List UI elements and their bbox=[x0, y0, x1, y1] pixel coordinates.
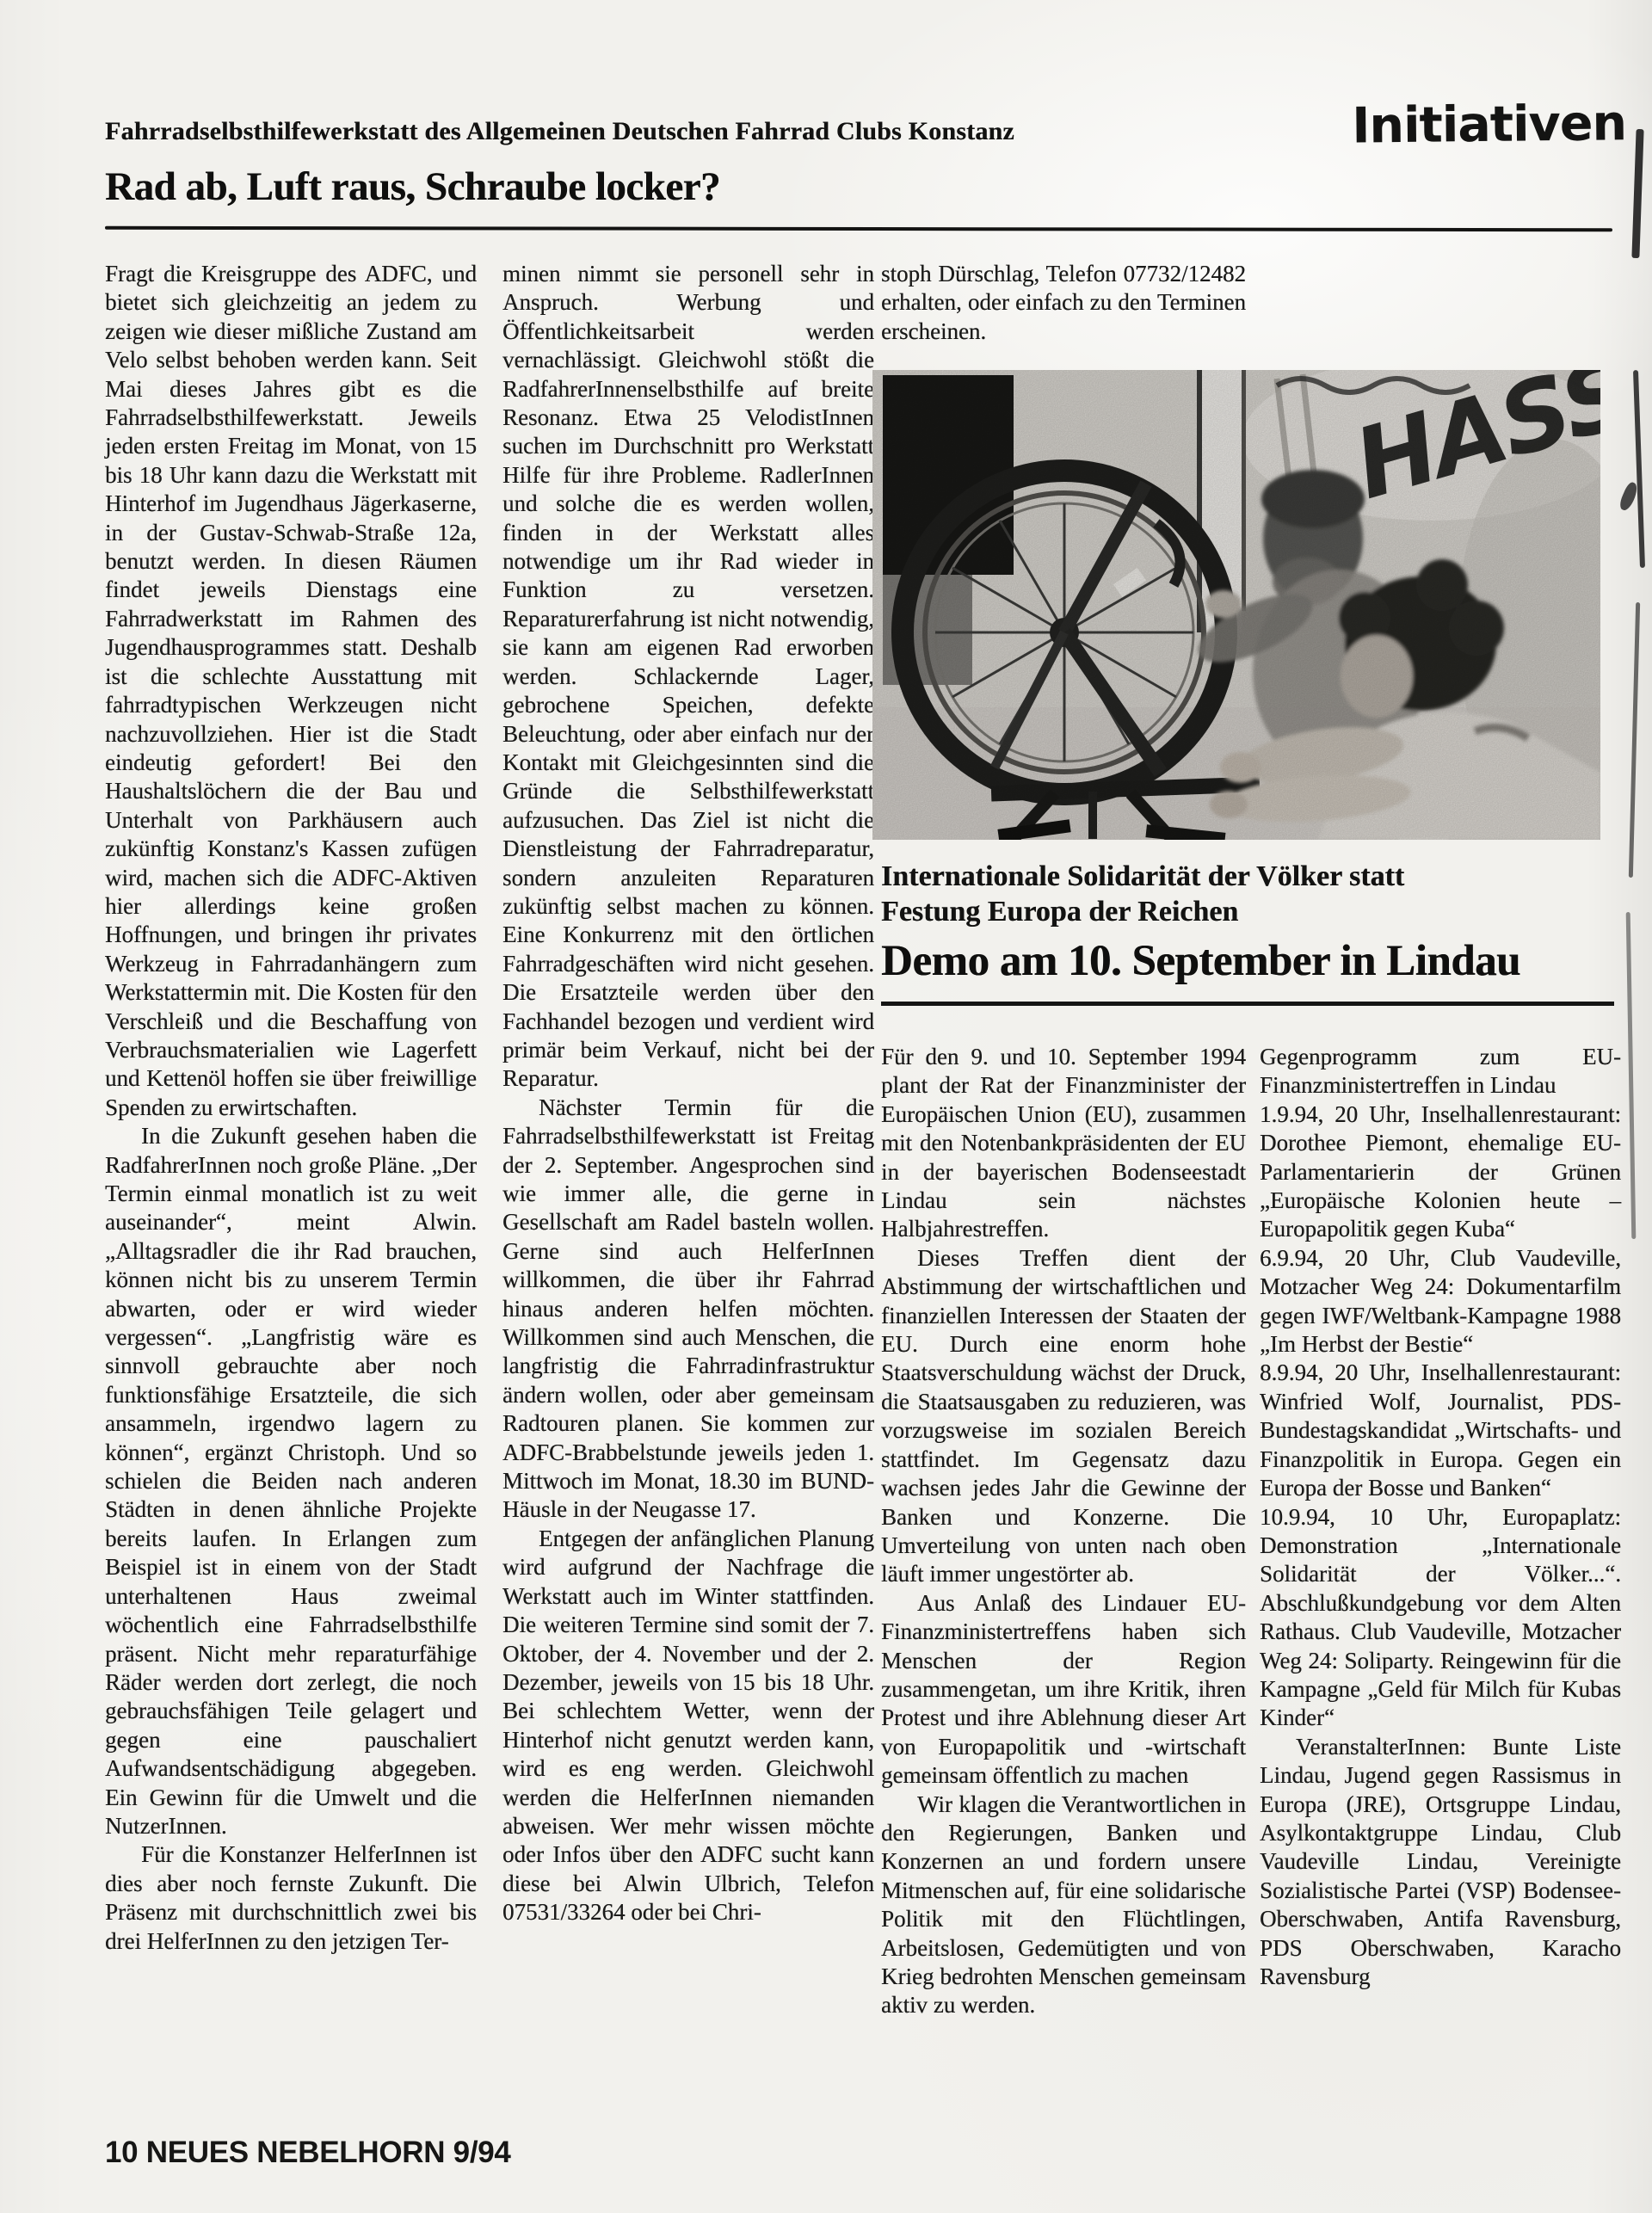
page-footer: 10 NEUES NEBELHORN 9/94 bbox=[105, 2136, 879, 2170]
scan-artifact bbox=[1633, 370, 1645, 568]
article2-column-2: Gegenprogramm zum EU-Finanzministertreff… bbox=[1260, 1043, 1621, 1991]
workshop-photo: HASS bbox=[872, 370, 1600, 840]
scan-artifact bbox=[1626, 912, 1637, 1239]
paragraph: minen nimmt sie personell sehr in Anspru… bbox=[502, 260, 874, 1094]
program-intro: Gegenprogramm zum EU-Finanzministertreff… bbox=[1260, 1043, 1621, 1100]
article2-column-1: Für den 9. und 10. September 1994 plant … bbox=[881, 1043, 1246, 2020]
article1-kicker: Fahrradselbsthilfewerkstatt des Allgemei… bbox=[105, 117, 1344, 146]
paragraph: Fragt die Kreisgruppe des ADFC, und biet… bbox=[105, 260, 477, 1122]
paragraph: In die Zukunft gesehen haben die Radfahr… bbox=[105, 1122, 477, 1840]
program-item: 1.9.94, 20 Uhr, Inselhallenrestaurant: D… bbox=[1260, 1100, 1621, 1244]
headline-rule bbox=[105, 226, 1612, 231]
paragraph: Wir klagen die Verantwortlichen in den R… bbox=[881, 1791, 1246, 2020]
paragraph: Dieses Treffen dient der Abstimmung der … bbox=[881, 1244, 1246, 1589]
section-label: Initiativen bbox=[1329, 95, 1627, 155]
paragraph: Für die Konstanzer HelferInnen ist dies … bbox=[105, 1840, 477, 1956]
article1-column-1: Fragt die Kreisgruppe des ADFC, und biet… bbox=[105, 260, 477, 1956]
paragraph: Aus Anlaß des Lindauer EU-Finanzminister… bbox=[881, 1589, 1246, 1791]
article1-column-3: stoph Dürschlag, Telefon 07732/12482 erh… bbox=[881, 260, 1246, 346]
article2-overline: Internationale Solidarität der Völker st… bbox=[881, 859, 1509, 929]
paragraph: stoph Dürschlag, Telefon 07732/12482 erh… bbox=[881, 260, 1246, 346]
article2-headline: Demo am 10. September in Lindau bbox=[881, 936, 1614, 1006]
scan-artifact bbox=[1631, 129, 1643, 258]
scan-artifact bbox=[1629, 602, 1640, 878]
paragraph: Nächster Termin für die Fahrradselbsthil… bbox=[502, 1094, 874, 1525]
article1-headline: Rad ab, Luft raus, Schraube locker? bbox=[105, 163, 1396, 210]
article1-column-2: minen nimmt sie personell sehr in Anspru… bbox=[502, 260, 874, 1927]
program-item: 6.9.94, 20 Uhr, Club Vaudeville, Motzach… bbox=[1260, 1244, 1621, 1359]
program-item: 8.9.94, 20 Uhr, Inselhallenrestaurant: W… bbox=[1260, 1359, 1621, 1502]
program-organizers: VeranstalterInnen: Bunte Liste Lindau, J… bbox=[1260, 1733, 1621, 1992]
paragraph: Für den 9. und 10. September 1994 plant … bbox=[881, 1043, 1246, 1244]
scanned-magazine-page: Fahrradselbsthilfewerkstatt des Allgemei… bbox=[0, 0, 1652, 2213]
program-item: 10.9.94, 10 Uhr, Europaplatz: Demonstrat… bbox=[1260, 1503, 1621, 1733]
paragraph: Entgegen der anfänglichen Planung wird a… bbox=[502, 1525, 874, 1927]
